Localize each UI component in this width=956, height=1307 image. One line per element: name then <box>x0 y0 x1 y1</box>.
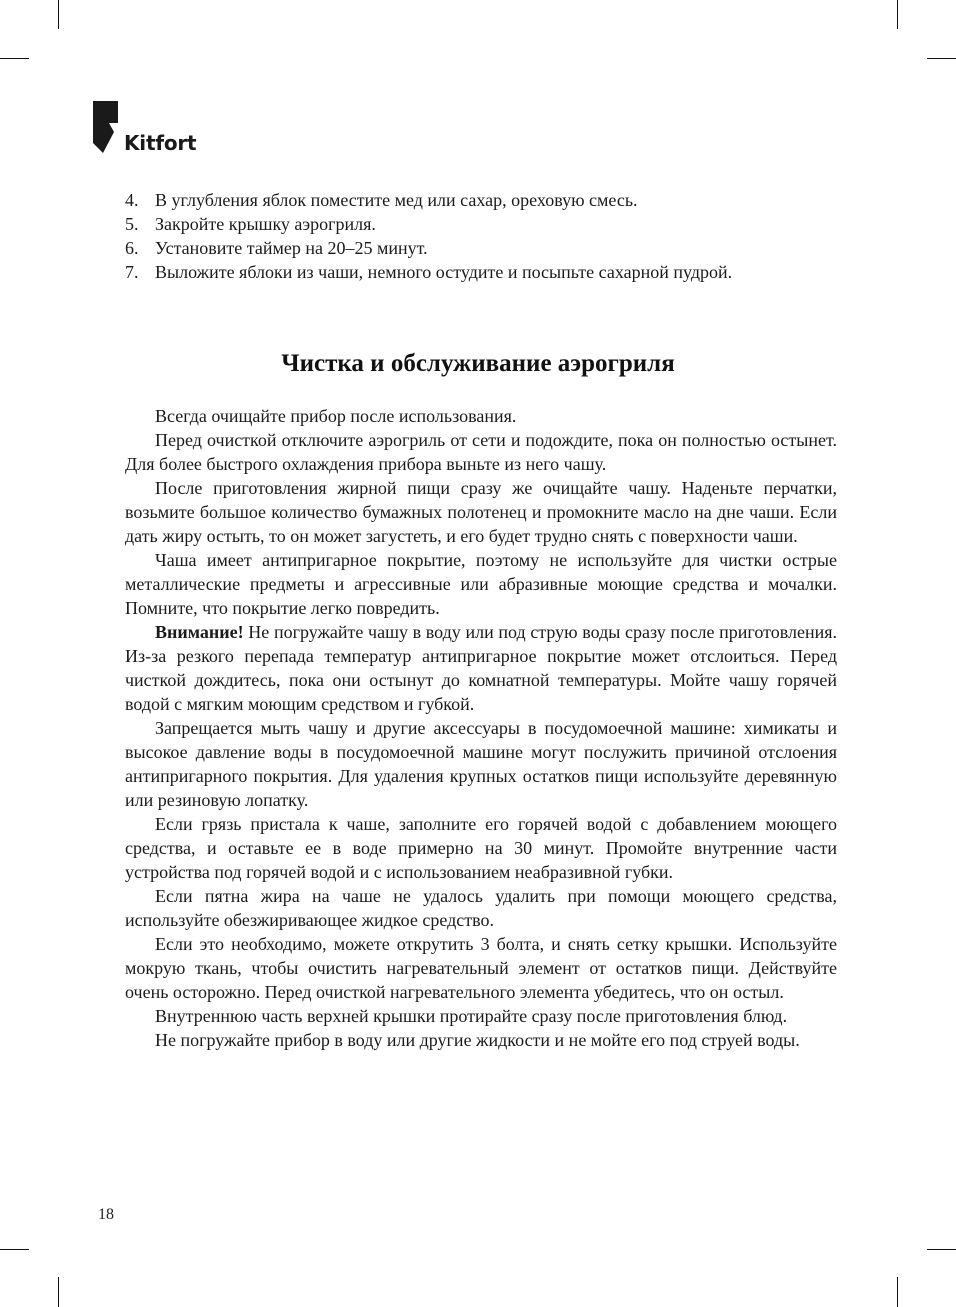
paragraph: Перед очисткой отключите аэрогриль от се… <box>125 428 837 476</box>
paragraph: Если это необходимо, можете открутить 3 … <box>125 932 837 1004</box>
crop-mark-top-left-vertical <box>58 0 59 29</box>
paragraph: Не погружайте прибор в воду или другие ж… <box>125 1028 837 1052</box>
paragraph: Внутреннюю часть верхней крышки протирай… <box>125 1004 837 1028</box>
brand-logo: Kitfort <box>93 101 213 161</box>
warning-label: Внимание! <box>155 622 244 642</box>
step-number: 7. <box>125 260 155 284</box>
crop-mark-bottom-right-horizontal <box>927 1249 956 1250</box>
crop-mark-top-left-horizontal <box>0 58 29 59</box>
list-item: 7. Выложите яблоки из чаши, немного осту… <box>125 260 845 284</box>
step-text: Установите таймер на 20–25 минут. <box>155 236 428 260</box>
paragraph: Если грязь пристала к чаше, заполните ег… <box>125 812 837 884</box>
paragraph: После приготовления жирной пищи сразу же… <box>125 476 837 548</box>
paragraph: Чаша имеет антипригарное покрытие, поэто… <box>125 548 837 620</box>
brand-name: Kitfort <box>124 131 196 155</box>
list-item: 6. Установите таймер на 20–25 минут. <box>125 236 845 260</box>
step-text: В углубления яблок поместите мед или сах… <box>155 188 638 212</box>
paragraph: Всегда очищайте прибор после использован… <box>125 404 837 428</box>
step-number: 5. <box>125 212 155 236</box>
crop-mark-top-right-horizontal <box>927 58 956 59</box>
step-text: Выложите яблоки из чаши, немного остудит… <box>155 260 732 284</box>
paragraph: Если пятна жира на чаше не удалось удали… <box>125 884 837 932</box>
list-item: 4. В углубления яблок поместите мед или … <box>125 188 845 212</box>
crop-mark-bottom-left-horizontal <box>0 1249 29 1250</box>
crop-mark-top-right-vertical <box>897 0 898 29</box>
paragraph-warning: Внимание! Не погружайте чашу в воду или … <box>125 620 837 716</box>
crop-mark-bottom-right-vertical <box>897 1277 898 1307</box>
kitfort-flag-logo-icon <box>93 101 123 153</box>
step-number: 6. <box>125 236 155 260</box>
page-number: 18 <box>98 1206 114 1224</box>
section-body: Всегда очищайте прибор после использован… <box>125 404 837 1052</box>
step-text: Закройте крышку аэрогриля. <box>155 212 376 236</box>
step-number: 4. <box>125 188 155 212</box>
crop-mark-bottom-left-vertical <box>58 1277 59 1307</box>
section-title: Чистка и обслуживание аэрогриля <box>0 350 956 378</box>
paragraph: Запрещается мыть чашу и другие аксессуар… <box>125 716 837 812</box>
list-item: 5. Закройте крышку аэрогриля. <box>125 212 845 236</box>
recipe-steps-list: 4. В углубления яблок поместите мед или … <box>125 188 845 284</box>
